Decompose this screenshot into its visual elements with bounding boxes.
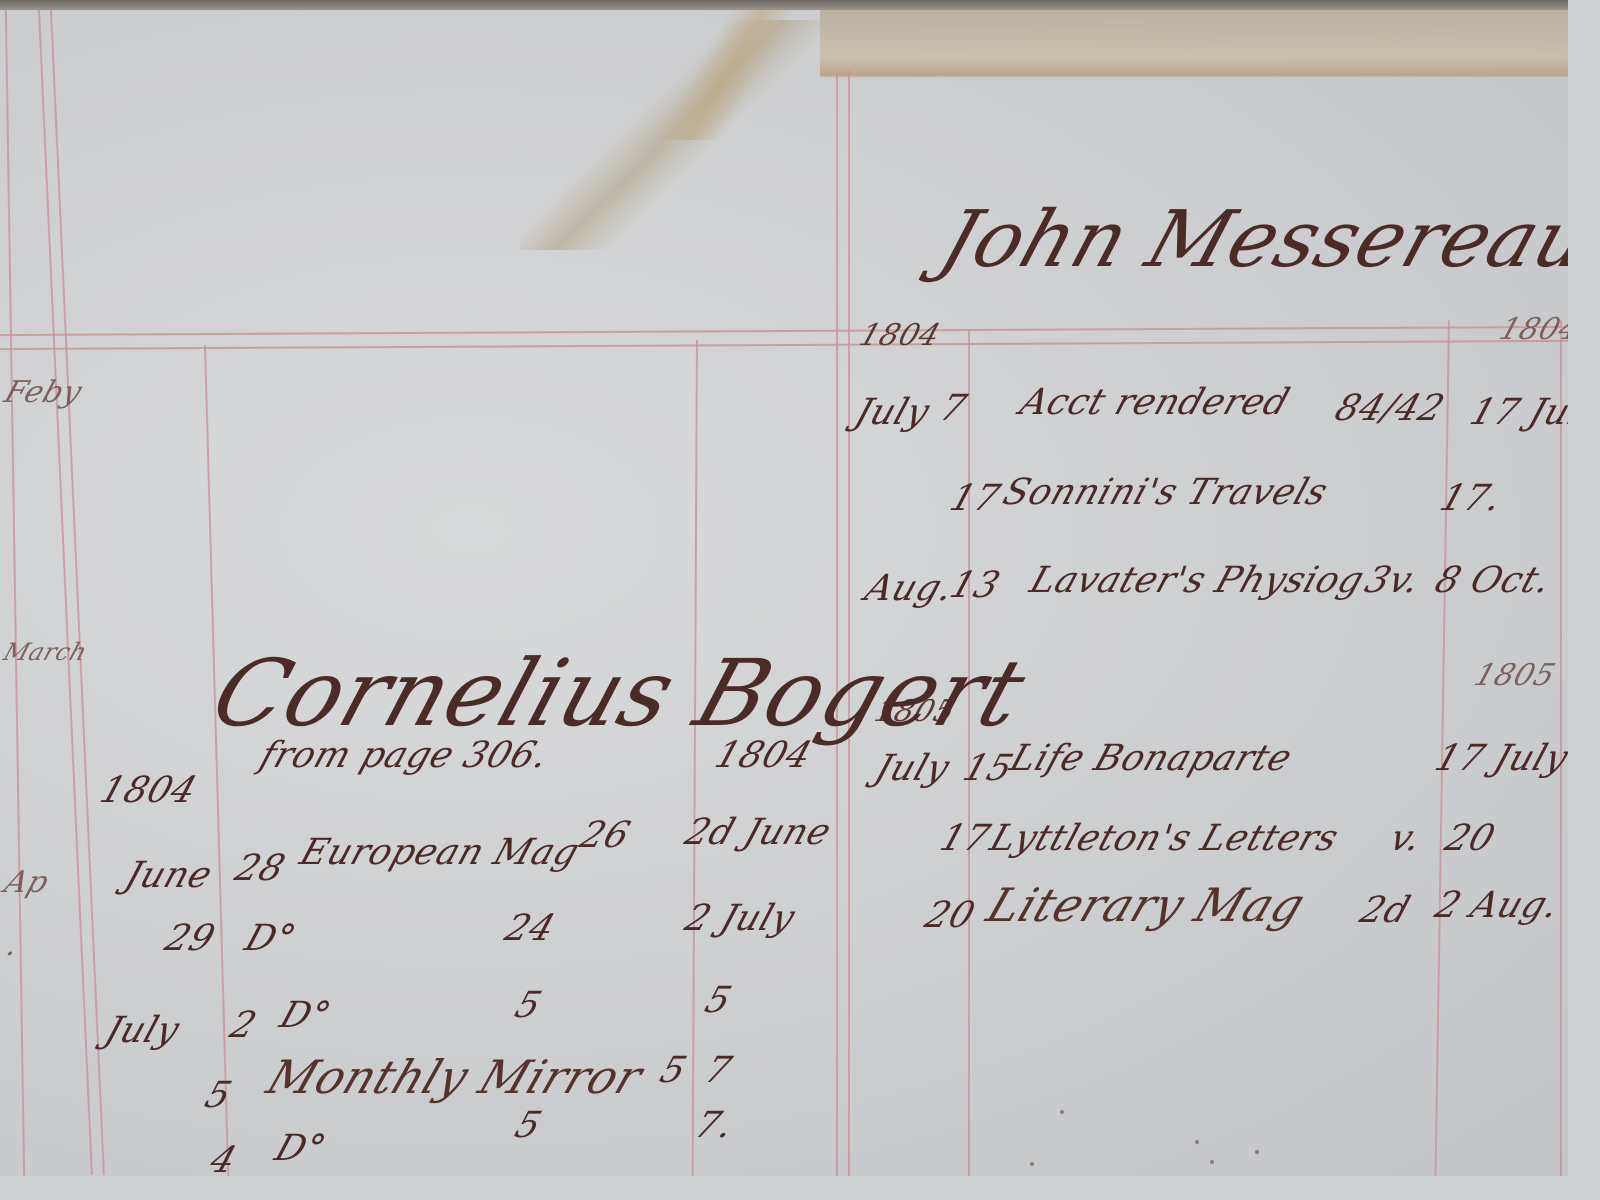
margin-fragment: Ap bbox=[0, 865, 53, 900]
side-year-left: 1804 bbox=[95, 770, 202, 811]
entry-delivered: 7 bbox=[700, 1050, 737, 1091]
entry-delivered: 17 July bbox=[1465, 392, 1568, 433]
entry-month: July bbox=[100, 1010, 185, 1051]
entry-item: D° bbox=[275, 995, 336, 1036]
water-stain bbox=[820, 10, 1568, 78]
entry-delivered: 2 Aug. bbox=[1430, 885, 1564, 926]
entry-day: 29 bbox=[160, 918, 220, 959]
entry-day: 5 bbox=[200, 1075, 237, 1116]
year-header-right: 1804 bbox=[855, 318, 945, 353]
entry-amount: 3v. bbox=[1360, 560, 1425, 601]
ink-speck bbox=[1210, 1160, 1214, 1164]
ledger-rule-vertical bbox=[5, 10, 25, 1176]
entry-day: 2 bbox=[225, 1005, 262, 1046]
entry-amount: 5 bbox=[655, 1050, 692, 1091]
ledger-page: John Messereau 1804 1804 July 7 Acct ren… bbox=[0, 0, 1568, 1176]
entry-delivered: 17 July bbox=[1430, 738, 1568, 779]
stain-streak bbox=[620, 10, 820, 140]
entry-item: D° bbox=[270, 1128, 331, 1169]
entry-delivered: 2 July bbox=[680, 898, 800, 939]
entry-month: July bbox=[870, 748, 955, 789]
entry-item: Lavater's Physiog bbox=[1025, 560, 1369, 601]
ink-speck bbox=[1060, 1110, 1064, 1114]
ledger-rule-vertical bbox=[50, 10, 105, 1175]
entry-item: Sonnini's Travels bbox=[998, 472, 1333, 513]
year-header-far-right: 1804 bbox=[1495, 312, 1568, 347]
page-top-edge bbox=[0, 0, 1568, 10]
ledger-rule-vertical bbox=[848, 70, 850, 1176]
ledger-rule-vertical bbox=[836, 70, 838, 1176]
year-header-left: 1804 bbox=[710, 735, 817, 776]
entry-amount: 24 bbox=[500, 908, 560, 949]
entry-item: European Mag bbox=[295, 832, 584, 873]
entry-day: 28 bbox=[230, 848, 290, 889]
entry-item: Acct rendered bbox=[1015, 382, 1295, 423]
ledger-rule-horizontal bbox=[0, 326, 1568, 336]
entry-delivered: 2d June bbox=[680, 812, 836, 853]
entry-day: 20 bbox=[920, 895, 980, 936]
entry-month: July bbox=[850, 392, 935, 433]
entry-item: Monthly Mirror bbox=[260, 1050, 650, 1104]
entry-amount: 26 bbox=[575, 815, 635, 856]
entry-day: 17 bbox=[945, 478, 1005, 519]
ink-speck bbox=[1030, 1162, 1034, 1166]
entry-item: Lyttleton's Letters bbox=[985, 818, 1343, 859]
entry-item: Life Bonaparte bbox=[1005, 738, 1297, 779]
account-name-left: Cornelius Bogert bbox=[200, 640, 1038, 747]
entry-amount: v. bbox=[1385, 818, 1427, 859]
margin-fragment: March bbox=[0, 638, 91, 666]
account-name-right: John Messereau bbox=[930, 195, 1568, 285]
margin-fragment: Feby bbox=[0, 375, 86, 410]
entry-delivered: 17. bbox=[1435, 478, 1507, 519]
entry-day: 4 bbox=[205, 1140, 242, 1176]
entry-month: June bbox=[120, 855, 217, 896]
entry-item: Literary Mag bbox=[980, 878, 1313, 932]
entry-delivered: 8 Oct. bbox=[1430, 560, 1556, 601]
entry-month: Aug. bbox=[860, 568, 959, 609]
ledger-rule-vertical bbox=[38, 10, 93, 1175]
ledger-rule-vertical bbox=[204, 345, 229, 1176]
ink-speck bbox=[1255, 1150, 1259, 1154]
ledger-rule-horizontal bbox=[0, 340, 1568, 350]
entry-item: D° bbox=[240, 918, 301, 959]
year-1805-far-right: 1805 bbox=[1470, 658, 1560, 693]
entry-delivered: 5 bbox=[700, 980, 737, 1021]
entry-amount: 84/42 bbox=[1330, 388, 1450, 429]
entry-day: 7 bbox=[935, 388, 972, 429]
entry-delivered: 20 bbox=[1440, 818, 1500, 859]
ledger-rule-vertical bbox=[692, 340, 698, 1176]
reference-note: from page 306. bbox=[255, 735, 554, 776]
ink-speck bbox=[1195, 1140, 1199, 1144]
entry-amount: 2d bbox=[1355, 890, 1415, 931]
entry-delivered: 7. bbox=[690, 1105, 739, 1146]
entry-amount: 5 bbox=[510, 1105, 547, 1146]
entry-amount: 5 bbox=[510, 985, 547, 1026]
